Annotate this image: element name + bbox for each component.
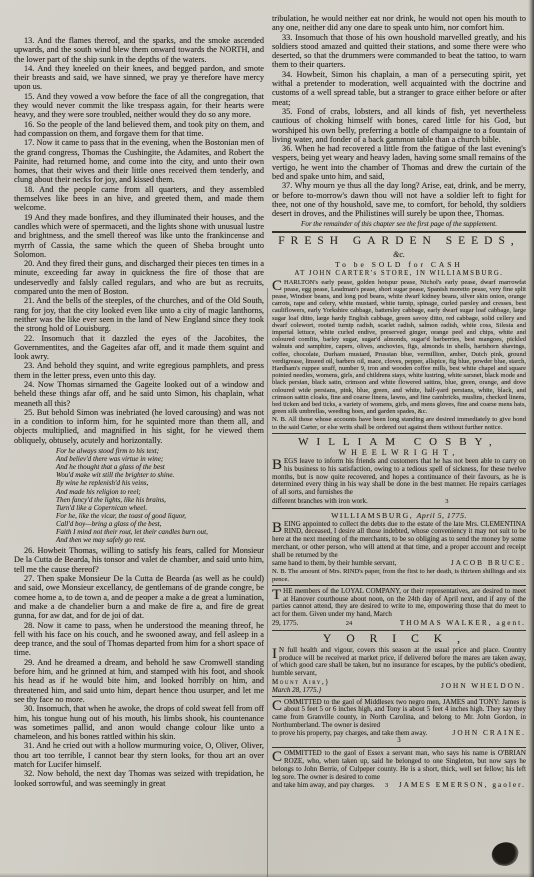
ad-tail-text: different branches with iron work. — [272, 497, 368, 505]
section-rule — [272, 433, 526, 434]
ad-body: COMMITTED to the gaol of Essex a servant… — [272, 750, 526, 781]
verse-list-13-25: 13. And the flames thereof, and the spar… — [14, 36, 264, 445]
left-column: 13. And the flames thereof, and the spar… — [14, 36, 264, 788]
ad-body-text: EGS leave to inform his friends and cust… — [272, 457, 526, 496]
verse-paragraph: 31. And he cried out with a hollow murmu… — [14, 741, 264, 769]
ad-body: BEING appointed to collect the debts due… — [272, 521, 526, 560]
ad-cosby: WILLIAM COSBY, WHEELWRIGHT, BEGS leave t… — [272, 436, 526, 506]
ad-nota-bene: N. B. The amount of Mrs. RIND's paper, f… — [272, 568, 526, 583]
dateline: WILLIAMSBURG, April 5, 1775. — [272, 511, 526, 520]
drop-cap: I — [272, 647, 279, 661]
verse-paragraph: 35. Fond of crabs, lobsters, and all kin… — [272, 107, 526, 144]
insertion-mark: 3 — [272, 737, 526, 745]
verse-paragraph: 16. So the people of the land believed t… — [14, 120, 264, 139]
right-column: tribulation, he would neither eat nor dr… — [272, 14, 526, 790]
verse-paragraph: 23. And behold they squint, and write eg… — [14, 361, 264, 380]
ad-committed-essex: COMMITTED to the gaol of Essex a servant… — [272, 750, 526, 790]
section-rule — [272, 630, 526, 631]
supplement-note: For the remainder of this chapter see th… — [272, 220, 526, 229]
signature: JAMES EMERSON, gaoler. — [399, 781, 526, 789]
ad-body: IN full health and vigour, covers this s… — [272, 647, 526, 678]
column-divider-rule — [267, 288, 268, 877]
verse-paragraph: 19 And they made bonfires, and they illu… — [14, 213, 264, 259]
ad-loyal-company: THE members of the LOYAL COMPANY, or the… — [272, 588, 526, 628]
signature: JOHN CRAINE. — [453, 729, 526, 737]
ad-body-text: HARLTON's early pease, golden hotspur pe… — [272, 279, 526, 416]
drop-cap: B — [272, 521, 284, 535]
poem-line: For he, like the vicar, the toast of goo… — [56, 512, 264, 520]
drop-cap: C — [272, 699, 284, 713]
verse-paragraph: 18. And the people came from all quarter… — [14, 185, 264, 213]
verse-paragraph: 33. Insomuch that those of his own housh… — [272, 33, 526, 70]
ad-last-line: same hand to them, by their humble serva… — [272, 559, 526, 567]
verse-paragraph: 30. Insomuch, that when he awoke, the dr… — [14, 704, 264, 741]
insertion-mark: 3 — [385, 782, 388, 790]
ad-tail-text: same hand to them, by their humble serva… — [272, 559, 396, 567]
dateline-date: April 5, 1775. — [417, 511, 467, 520]
poem-line: And he thought that a glass of the best — [56, 463, 264, 471]
ad-body: CHARLTON's early pease, golden hotspur p… — [272, 279, 526, 416]
ad-tail-text: 29, 1775. — [272, 619, 298, 627]
signature: JACOB BRUCE. — [451, 559, 526, 567]
poem-line: Turn'd like a Copernican wheel. — [56, 504, 264, 512]
ad-store-line: AT JOHN CARTER's STORE, IN WILLIAMSBURG. — [272, 270, 526, 278]
ad-body-text: EING appointed to collect the debts due … — [272, 520, 526, 559]
verse-paragraph: 37. Why mourn ye thus all the day long? … — [272, 181, 526, 218]
poem-line: And made his religion to reel; — [56, 488, 264, 496]
insertion-mark: 3 — [445, 498, 448, 506]
place-date-block: Mount Airy,} March 28, 1775.} — [272, 678, 330, 694]
ad-yorick: YORICK, IN full health and vigour, cover… — [272, 633, 526, 694]
ad-last-line: 29, 1775. 24 THOMAS WALKER, agent. — [272, 619, 526, 628]
ad-body: THE members of the LOYAL COMPANY, or the… — [272, 588, 526, 619]
poem-line: And believ'd there was virtue in wine; — [56, 455, 264, 463]
poem-block: For he always stood firm to his text;And… — [56, 447, 264, 544]
ad-last-line: to prove his property, pay charges, and … — [272, 729, 526, 737]
ad-body-text: OMMITTED to the gaol of Essex a servant … — [272, 749, 526, 780]
section-rule — [272, 508, 526, 509]
ad-last-line: and take him away, and pay charges. 3 JA… — [272, 781, 526, 790]
verse-paragraph: 28. Now it came to pass, when he underst… — [14, 621, 264, 658]
newspaper-page: 13. And the flames thereof, and the spar… — [0, 0, 534, 877]
poem-line: By wine he replenish'd his veins, — [56, 479, 264, 487]
verse-paragraph: 24. Now Thomas sirnamed the Gageite look… — [14, 380, 264, 408]
signature: THOMAS WALKER, agent. — [400, 619, 526, 627]
ad-rind-estate: WILLIAMSBURG, April 5, 1775. BEING appoi… — [272, 511, 526, 583]
verse-paragraph: 14. And they kneeled on their knees, and… — [14, 64, 264, 92]
verse-paragraph: 25. But behold Simon was inebriated (he … — [14, 408, 264, 445]
verse-paragraph: 27. Then spake Monsieur De la Cutta de B… — [14, 574, 264, 620]
poem-line: Wou'd make wit still the brighter to shi… — [56, 471, 264, 479]
verse-continuation: tribulation, he would neither eat nor dr… — [272, 14, 526, 33]
ad-title-etc: &c. — [393, 250, 405, 259]
section-rule — [272, 585, 526, 586]
ad-tail-text: to prove his property, pay charges, and … — [272, 729, 427, 737]
date-line: March 28, 1775.} — [272, 686, 330, 694]
verse-paragraph: 36. When he had recovered a little from … — [272, 144, 526, 181]
place-line: Mount Airy,} — [272, 678, 330, 686]
drop-cap: T — [272, 588, 283, 602]
section-rule — [272, 747, 526, 748]
ad-title: FRESH GARDEN SEEDS, &c. — [272, 235, 526, 261]
verse-paragraph: 34. Howbeit, Simon his chaplain, a man o… — [272, 70, 526, 107]
verse-paragraph: 29. And he dreamed a dream, and behold h… — [14, 658, 264, 704]
verse-paragraph: 17. Now it came to pass that in the even… — [14, 138, 264, 184]
drop-cap: C — [272, 279, 284, 293]
verse-list-33-37: 33. Insomuch that those of his own housh… — [272, 33, 526, 219]
ad-body: BEGS leave to inform his friends and cus… — [272, 458, 526, 497]
verse-paragraph: 13. And the flames thereof, and the spar… — [14, 36, 264, 64]
section-rule — [272, 231, 526, 233]
poem-line: Call'd boy—bring a glass of the best, — [56, 520, 264, 528]
poem-line: Then fancy'd the lights, like his brains… — [56, 496, 264, 504]
section-rule — [272, 696, 526, 697]
ad-signature-block: Mount Airy,} March 28, 1775.} JOHN WHELD… — [272, 678, 526, 694]
dateline-place: WILLIAMSBURG, — [331, 511, 413, 520]
drop-cap: C — [272, 750, 284, 764]
verse-paragraph: 32. Now behold, the next day Thomas was … — [14, 769, 264, 788]
ad-body-text: HE members of the LOYAL COMPANY, or thei… — [272, 587, 526, 618]
ad-subtitle: To be SOLD for CASH — [272, 261, 526, 270]
poem-line: Faith I mind not their rout, let their c… — [56, 528, 264, 536]
ad-title: WILLIAM COSBY, — [272, 436, 526, 448]
ad-garden-seeds: FRESH GARDEN SEEDS, &c. To be SOLD for C… — [272, 235, 526, 431]
ad-last-line: different branches with iron work. 3 — [272, 497, 526, 506]
page-edge-shadow — [528, 0, 534, 877]
signature: JOHN WHELDON. — [441, 682, 526, 690]
poem-line: For he always stood firm to his text; — [56, 447, 264, 455]
verse-list-26-32: 26. Howbeit Thomas, willing to satisfy h… — [14, 546, 264, 788]
ad-committed-middlesex: COMMITTED to the gaol of Middlesex two n… — [272, 699, 526, 746]
drop-cap: B — [272, 458, 284, 472]
verse-paragraph: 21. And the bells of the steeples, of th… — [14, 296, 264, 333]
verse-paragraph: 26. Howbeit Thomas, willing to satisfy h… — [14, 546, 264, 574]
poem-line: And then we may safely go rest. — [56, 536, 264, 544]
ad-nota-bene: N. B. All those whose accounts have been… — [272, 416, 526, 431]
ad-title: YORICK, — [272, 633, 526, 646]
ink-blot — [490, 840, 520, 869]
verse-paragraph: 15. And they vowed a vow before the face… — [14, 92, 264, 120]
ad-subtitle: WHEELWRIGHT, — [272, 448, 526, 457]
ad-body-text: OMMITTED to the gaol of Middlesex two ne… — [272, 698, 526, 729]
ad-tail-text: and take him away, and pay charges. — [272, 781, 374, 789]
verse-paragraph: 20. And they fired their guns, and disch… — [14, 259, 264, 296]
ad-title-text: FRESH GARDEN SEEDS, — [278, 235, 519, 247]
ad-body: COMMITTED to the gaol of Middlesex two n… — [272, 699, 526, 730]
ad-body-text: N full health and vigour, covers this se… — [272, 646, 526, 677]
insertion-mark: 24 — [346, 620, 353, 628]
verse-paragraph: 22. Insomuch that it dazzled the eyes of… — [14, 334, 264, 362]
